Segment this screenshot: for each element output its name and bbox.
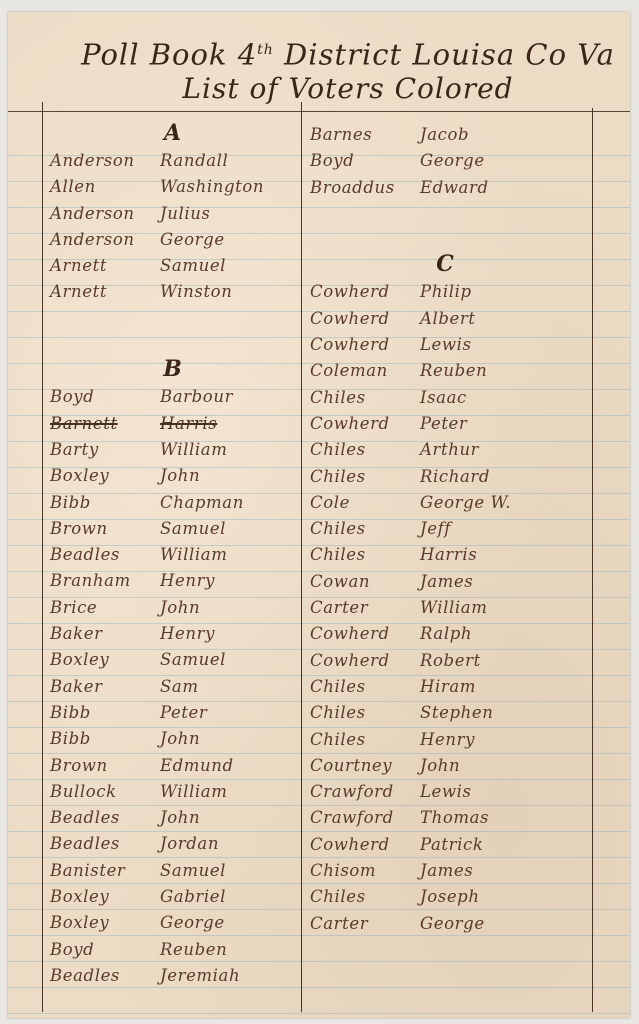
voter-first-name: Richard — [420, 467, 490, 486]
voter-first-name: George W. — [420, 493, 511, 512]
voter-first-name: Henry — [160, 571, 215, 590]
voter-first-name: Washington — [160, 177, 264, 196]
poll-book-page: Poll Book 4th District Louisa Co Va List… — [8, 12, 630, 1018]
column-divider — [301, 102, 302, 1012]
title-line-1: Poll Book 4th District Louisa Co Va — [68, 32, 628, 73]
voter-first-name: John — [160, 598, 200, 617]
voter-entry: CowherdPhilip — [310, 277, 580, 303]
voter-entry: BeadlesJeremiah — [50, 961, 295, 987]
voter-entry: AllenWashington — [50, 172, 295, 198]
voter-entry: BoydGeorge — [310, 146, 580, 172]
voter-entry: CowanJames — [310, 567, 580, 593]
voter-first-name: Lewis — [420, 335, 472, 354]
voter-entry: CrawfordLewis — [310, 777, 580, 803]
voter-entry: ChilesHiram — [310, 672, 580, 698]
voter-first-name: William — [160, 782, 227, 801]
section-letter-a: A — [50, 120, 295, 146]
voter-entry: CrawfordThomas — [310, 803, 580, 829]
voter-entry: BakerSam — [50, 672, 295, 698]
voter-first-name: Arthur — [420, 440, 479, 459]
voter-first-name: Reuben — [420, 361, 487, 380]
document-title: Poll Book 4th District Louisa Co Va List… — [68, 32, 628, 107]
voter-entry: CowherdRalph — [310, 619, 580, 645]
voter-first-name: Edward — [420, 178, 489, 197]
voter-first-name: George — [160, 913, 225, 932]
voter-first-name: Henry — [160, 624, 215, 643]
voter-first-name: Reuben — [160, 940, 227, 959]
voter-entry: BriceJohn — [50, 593, 295, 619]
voter-last-name: Broaddus — [310, 173, 420, 203]
voter-entry: ArnettWinston — [50, 277, 295, 303]
voter-entry: CowherdAlbert — [310, 304, 580, 330]
voter-first-name: Joseph — [420, 887, 480, 906]
voter-first-name: Albert — [420, 309, 476, 328]
voter-entry: BibbChapman — [50, 488, 295, 514]
voter-first-name: James — [420, 572, 473, 591]
voter-first-name: Gabriel — [160, 887, 226, 906]
left-margin-line — [42, 102, 43, 1012]
voter-first-name: John — [160, 729, 200, 748]
voter-first-name: Randall — [160, 151, 228, 170]
left-name-column: A AndersonRandallAllenWashingtonAnderson… — [50, 120, 295, 987]
voter-first-name: Henry — [420, 730, 475, 749]
voter-entry: ChilesIsaac — [310, 383, 580, 409]
voter-first-name: Samuel — [160, 861, 226, 880]
voter-entry: BibbJohn — [50, 724, 295, 750]
voter-first-name: Jordan — [160, 834, 219, 853]
voter-first-name: Julius — [160, 204, 211, 223]
voter-first-name: James — [420, 861, 473, 880]
voter-first-name: William — [420, 598, 487, 617]
voter-first-name: Samuel — [160, 256, 226, 275]
voter-entry: ChilesArthur — [310, 435, 580, 461]
section-letter-b: B — [50, 356, 295, 382]
voter-first-name: Lewis — [420, 782, 472, 801]
voter-entry: BeadlesWilliam — [50, 540, 295, 566]
section-b-continued-list: BarnesJacobBoydGeorgeBroaddusEdward — [310, 120, 580, 199]
voter-entry: BroaddusEdward — [310, 173, 580, 199]
voter-entry: AndersonJulius — [50, 199, 295, 225]
voter-first-name: Jeremiah — [160, 966, 240, 985]
voter-entry: BrownEdmund — [50, 751, 295, 777]
right-margin-line — [592, 108, 593, 1012]
voter-entry: CowherdRobert — [310, 646, 580, 672]
voter-first-name: William — [160, 545, 227, 564]
voter-first-name: Hiram — [420, 677, 476, 696]
voter-entry: ChilesHenry — [310, 725, 580, 751]
voter-entry: CarterGeorge — [310, 909, 580, 935]
voter-first-name: Thomas — [420, 808, 489, 827]
voter-first-name: John — [420, 756, 460, 775]
voter-entry: CourtneyJohn — [310, 751, 580, 777]
voter-entry: BoydReuben — [50, 935, 295, 961]
voter-first-name: Stephen — [420, 703, 493, 722]
voter-entry: BoxleyGabriel — [50, 882, 295, 908]
voter-last-name: Carter — [310, 909, 420, 939]
voter-first-name: Winston — [160, 282, 232, 301]
voter-entry: ChilesHarris — [310, 540, 580, 566]
voter-entry: BullockWilliam — [50, 777, 295, 803]
voter-entry: BeadlesJohn — [50, 803, 295, 829]
voter-entry: BranhamHenry — [50, 566, 295, 592]
voter-entry: ChilesStephen — [310, 698, 580, 724]
voter-entry: ChisomJames — [310, 856, 580, 882]
voter-entry: CowherdPatrick — [310, 830, 580, 856]
voter-entry: BoydBarbour — [50, 382, 295, 408]
voter-first-name: John — [160, 466, 200, 485]
voter-entry: BartyWilliam — [50, 435, 295, 461]
right-name-column: BarnesJacobBoydGeorgeBroaddusEdward C Co… — [310, 120, 580, 935]
voter-entry: AndersonGeorge — [50, 225, 295, 251]
voter-entry: BoxleySamuel — [50, 645, 295, 671]
voter-first-name: Peter — [160, 703, 207, 722]
voter-entry: BeadlesJordan — [50, 829, 295, 855]
voter-last-name: Beadles — [50, 961, 160, 991]
voter-entry: BoxleyJohn — [50, 461, 295, 487]
voter-entry: ArnettSamuel — [50, 251, 295, 277]
voter-first-name: Sam — [160, 677, 199, 696]
voter-entry: BarnesJacob — [310, 120, 580, 146]
voter-entry: BoxleyGeorge — [50, 908, 295, 934]
voter-entry: BibbPeter — [50, 698, 295, 724]
section-c-list: CowherdPhilipCowherdAlbertCowherdLewisCo… — [310, 277, 580, 934]
voter-entry: ChilesJeff — [310, 514, 580, 540]
voter-entry-struck: BarnettHarris — [50, 409, 295, 435]
voter-entry: ChilesJoseph — [310, 882, 580, 908]
voter-entry: BanisterSamuel — [50, 856, 295, 882]
voter-first-name: Harris — [420, 545, 477, 564]
header-divider — [8, 111, 630, 112]
voter-first-name: Philip — [420, 282, 472, 301]
voter-first-name: George — [420, 151, 485, 170]
voter-entry: ChilesRichard — [310, 462, 580, 488]
voter-first-name: Samuel — [160, 519, 226, 538]
section-letter-c: C — [310, 251, 580, 277]
voter-first-name: Chapman — [160, 493, 244, 512]
voter-last-name: Arnett — [50, 277, 160, 307]
voter-first-name: George — [160, 230, 225, 249]
voter-first-name: Harris — [160, 414, 217, 433]
voter-entry: BrownSamuel — [50, 514, 295, 540]
voter-first-name: Isaac — [420, 388, 467, 407]
voter-first-name: Samuel — [160, 650, 226, 669]
voter-entry: CowherdPeter — [310, 409, 580, 435]
voter-first-name: Jeff — [420, 519, 451, 538]
voter-first-name: John — [160, 808, 200, 827]
voter-entry: CowherdLewis — [310, 330, 580, 356]
voter-first-name: Robert — [420, 651, 481, 670]
voter-first-name: Peter — [420, 414, 467, 433]
voter-entry: ColeGeorge W. — [310, 488, 580, 514]
title-line-2: List of Voters Colored — [68, 71, 628, 107]
voter-first-name: Jacob — [420, 125, 469, 144]
voter-entry: AndersonRandall — [50, 146, 295, 172]
voter-first-name: William — [160, 440, 227, 459]
voter-first-name: Edmund — [160, 756, 234, 775]
section-a-list: AndersonRandallAllenWashingtonAndersonJu… — [50, 146, 295, 304]
voter-entry: CarterWilliam — [310, 593, 580, 619]
voter-first-name: Barbour — [160, 387, 233, 406]
voter-entry: ColemanReuben — [310, 356, 580, 382]
voter-first-name: George — [420, 914, 485, 933]
voter-first-name: Ralph — [420, 624, 472, 643]
section-b-list: BoydBarbourBarnettHarrisBartyWilliamBoxl… — [50, 382, 295, 987]
voter-first-name: Patrick — [420, 835, 483, 854]
voter-entry: BakerHenry — [50, 619, 295, 645]
